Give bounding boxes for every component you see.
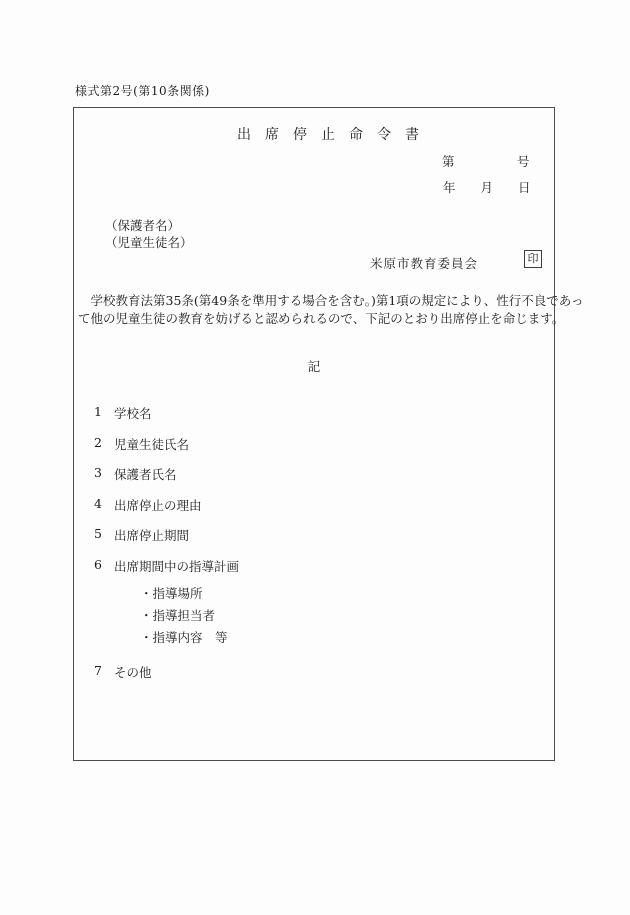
list-item-label: 出席期間中の指導計画: [114, 557, 239, 575]
sub-item-guidance-content: ・指導内容 等: [140, 628, 228, 646]
list-item-label: 出席停止期間: [114, 526, 189, 544]
list-item-number: 6: [94, 557, 114, 575]
record-mark: 記: [74, 357, 554, 375]
list-item-label: 保護者氏名: [114, 465, 177, 483]
document-border-box: 出 席 停 止 命 令 書 第 号 年 月 日 （保護者名） （児童生徒名） 米…: [73, 107, 555, 761]
document-number-line: 第 号: [442, 152, 530, 170]
list-item-label: 出席停止の理由: [114, 496, 202, 514]
sub-item-guidance-place: ・指導場所: [140, 584, 203, 602]
list-item-number: 7: [94, 663, 114, 681]
list-item-student-name: 2 児童生徒氏名: [94, 435, 189, 453]
list-item-number: 1: [94, 404, 114, 422]
list-item-number: 3: [94, 465, 114, 483]
sub-item-guidance-person: ・指導担当者: [140, 606, 215, 624]
list-item-guardian-name: 3 保護者氏名: [94, 465, 177, 483]
list-item-guidance-plan: 6 出席期間中の指導計画: [94, 557, 239, 575]
list-item-school-name: 1 学校名: [94, 404, 152, 422]
issuer-name: 米原市教育委員会: [370, 254, 478, 272]
document-date-line: 年 月 日: [443, 178, 531, 196]
seal-box: 印: [524, 250, 542, 268]
list-item-number: 5: [94, 526, 114, 544]
list-item-suspension-reason: 4 出席停止の理由: [94, 496, 202, 514]
student-name-label: （児童生徒名）: [105, 233, 193, 251]
list-item-number: 2: [94, 435, 114, 453]
list-item-number: 4: [94, 496, 114, 514]
list-item-label: 学校名: [114, 404, 152, 422]
list-item-suspension-period: 5 出席停止期間: [94, 526, 189, 544]
list-item-other: 7 その他: [94, 663, 152, 681]
guardian-name-label: （保護者名）: [105, 216, 180, 234]
document-title: 出 席 停 止 命 令 書: [74, 124, 554, 144]
body-paragraph: 学校教育法第35条(第49条を準用する場合を含む。)第1項の規定により、性行不良…: [78, 292, 555, 327]
document-page: 様式第2号(第10条関係) 出 席 停 止 命 令 書 第 号 年 月 日 （保…: [0, 0, 630, 915]
list-item-label: 児童生徒氏名: [114, 435, 189, 453]
list-item-label: その他: [114, 663, 152, 681]
form-number-label: 様式第2号(第10条関係): [75, 82, 210, 99]
